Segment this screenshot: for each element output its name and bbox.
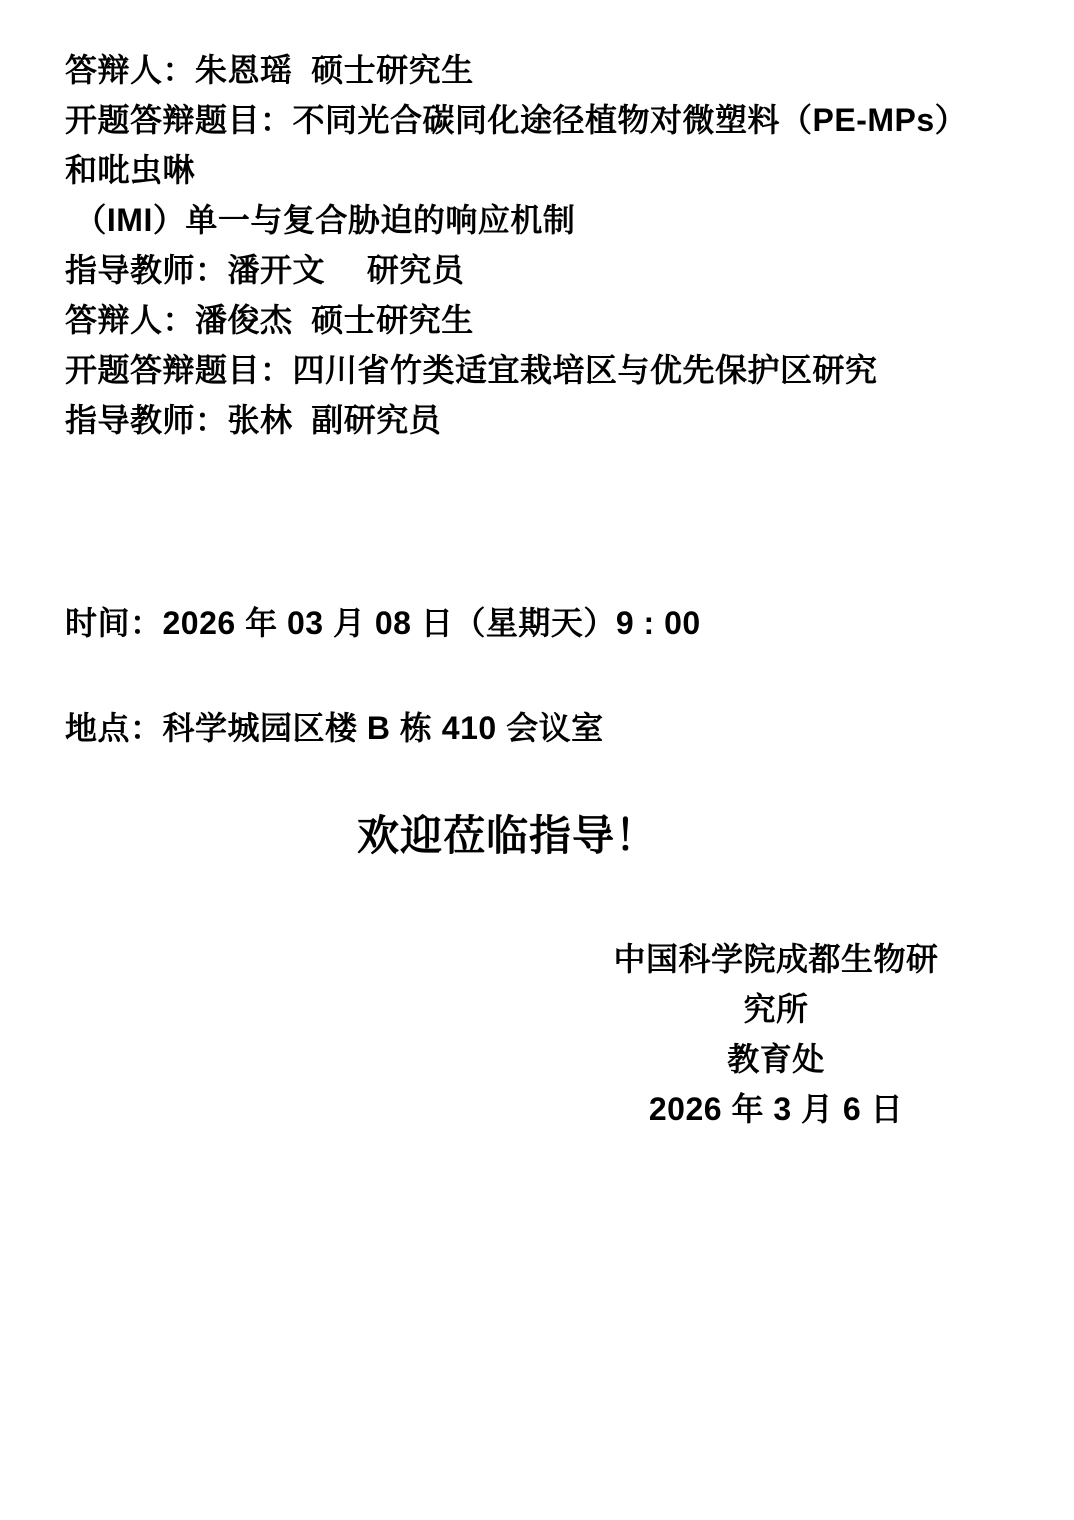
- defense-2-topic: 开题答辩题目：四川省竹类适宜栽培区与优先保护区研究: [65, 345, 960, 395]
- schedule-time-row: 时间：2026 年 03 月 08 日（星期天）9 : 00: [65, 598, 960, 648]
- schedule-location: 地点：科学城园区楼 B 栋 410 会议室: [65, 703, 960, 753]
- defense-1-advisor: 指导教师：潘开文 研究员: [65, 245, 960, 295]
- signature-department: 教育处: [600, 1034, 952, 1084]
- defense-1-candidate: 答辩人：朱恩瑶 硕士研究生: [65, 45, 960, 95]
- signature-date: 2026 年 3 月 6 日: [600, 1084, 952, 1134]
- signature-block: 中国科学院成都生物研究所 教育处 2026 年 3 月 6 日: [600, 934, 952, 1134]
- schedule-location-row: 地点：科学城园区楼 B 栋 410 会议室: [65, 703, 960, 753]
- defense-entry-2: 答辩人：潘俊杰 硕士研究生 开题答辩题目：四川省竹类适宜栽培区与优先保护区研究 …: [65, 295, 960, 445]
- welcome-banner: 欢迎莅临指导！: [65, 808, 950, 864]
- defense-1-topic-line-2: （IMI）单一与复合胁迫的响应机制: [65, 195, 960, 245]
- defense-entry-1: 答辩人：朱恩瑶 硕士研究生 开题答辩题目：不同光合碳同化途径植物对微塑料（PE-…: [65, 45, 960, 295]
- defense-2-candidate: 答辩人：潘俊杰 硕士研究生: [65, 295, 960, 345]
- welcome-text: 欢迎莅临指导！: [65, 808, 950, 864]
- schedule-time: 时间：2026 年 03 月 08 日（星期天）9 : 00: [65, 598, 960, 648]
- defense-1-topic-line-1: 开题答辩题目：不同光合碳同化途径植物对微塑料（PE-MPs）和吡虫啉: [65, 95, 960, 195]
- defense-2-advisor: 指导教师：张林 副研究员: [65, 395, 960, 445]
- document-page: 答辩人：朱恩瑶 硕士研究生 开题答辩题目：不同光合碳同化途径植物对微塑料（PE-…: [0, 0, 1074, 1520]
- signature-organization: 中国科学院成都生物研究所: [600, 934, 952, 1034]
